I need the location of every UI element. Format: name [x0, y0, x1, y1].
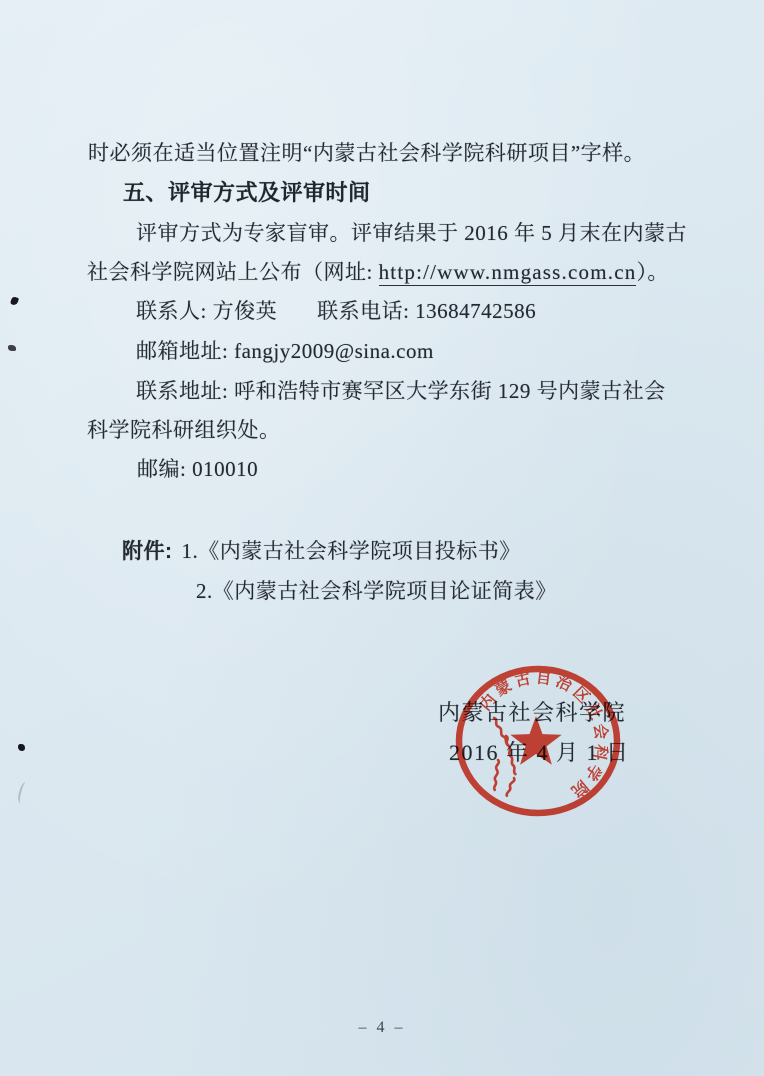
body-line-continuation: 时必须在适当位置注明“内蒙古社会科学院科研项目”字样。 [88, 139, 645, 167]
official-seal: 内蒙古自治区社会科学院 [448, 660, 632, 824]
body-line-contact: 联系人: 方俊英联系电话: 13684742586 [136, 297, 536, 325]
attachments-line-1: 附件:1.《内蒙古社会科学院项目投标书》 [122, 537, 521, 566]
body-line-postal-code: 邮编: 010010 [137, 455, 258, 483]
attachment-item-1: 1.《内蒙古社会科学院项目投标书》 [182, 539, 521, 563]
section-heading: 五、评审方式及评审时间 [123, 179, 371, 207]
seal-mongolian-script [491, 717, 515, 796]
scan-speck [18, 744, 25, 751]
body-line-website: 社会科学院网站上公布（网址: http://www.nmgass.com.cn）… [87, 258, 669, 286]
url-link[interactable]: http://www.nmgass.com.cn [379, 260, 637, 286]
faint-pencil-mark [16, 781, 29, 804]
attachment-item-2: 2.《内蒙古社会科学院项目论证简表》 [196, 577, 557, 605]
page-number: – 4 – [0, 1019, 764, 1037]
body-line-address-1: 联系地址: 呼和浩特市赛罕区大学东街 129 号内蒙古社会 [136, 377, 666, 405]
scanned-document-page: 时必须在适当位置注明“内蒙古社会科学院科研项目”字样。 五、评审方式及评审时间 … [0, 0, 764, 1076]
scan-speck [8, 345, 16, 351]
star-icon [510, 716, 561, 765]
scan-speck [10, 296, 19, 306]
body-line-email: 邮箱地址: fangjy2009@sina.com [136, 337, 434, 365]
website-line-prefix: 社会科学院网站上公布（网址: [87, 260, 379, 284]
body-line-review-method: 评审方式为专家盲审。评审结果于 2016 年 5 月末在内蒙古 [136, 219, 687, 247]
contact-person: 联系人: 方俊英 [136, 299, 277, 323]
body-line-address-2: 科学院科研组织处。 [87, 416, 281, 444]
website-line-suffix: ）。 [636, 260, 669, 284]
attachments-label: 附件: [122, 540, 173, 563]
contact-phone: 联系电话: 13684742586 [317, 299, 536, 323]
